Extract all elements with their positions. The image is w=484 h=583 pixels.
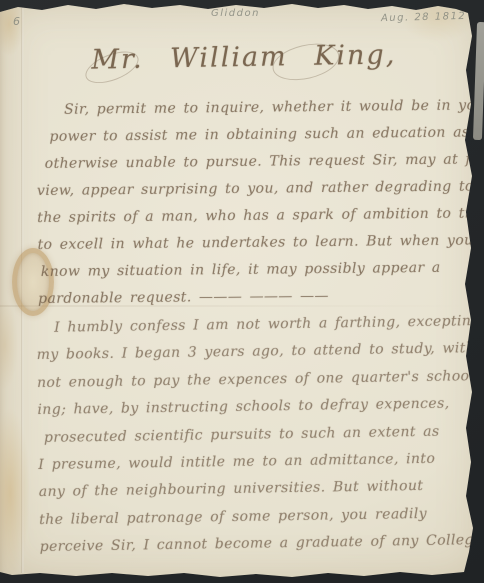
pencil-date: Aug. 28 1812 bbox=[381, 11, 467, 24]
edge-stain bbox=[0, 408, 30, 578]
letter-salutation: Mr. William King, bbox=[86, 39, 403, 95]
letter-line: know my situation in life, it may possib… bbox=[38, 255, 458, 286]
manuscript-scan: 6 Gliddon Aug. 28 1812 Mr. William King,… bbox=[0, 0, 484, 583]
letter-paragraph-1: Sir, permit me to inquire, whether it wo… bbox=[36, 93, 458, 313]
letter-page: 6 Gliddon Aug. 28 1812 Mr. William King,… bbox=[0, 0, 484, 583]
paper-edge-sliver bbox=[473, 22, 484, 140]
letter-paragraph-2: I humbly confess I am not worth a farthi… bbox=[36, 308, 460, 561]
letter-line: pardonable request. ——— ——— —— bbox=[38, 282, 458, 313]
edge-stain bbox=[0, 300, 18, 390]
pencil-page-number: 6 bbox=[13, 15, 22, 28]
letter-line: perceive Sir, I cannot become a graduate… bbox=[39, 528, 459, 562]
pencil-collection-name: Gliddon bbox=[211, 8, 260, 19]
